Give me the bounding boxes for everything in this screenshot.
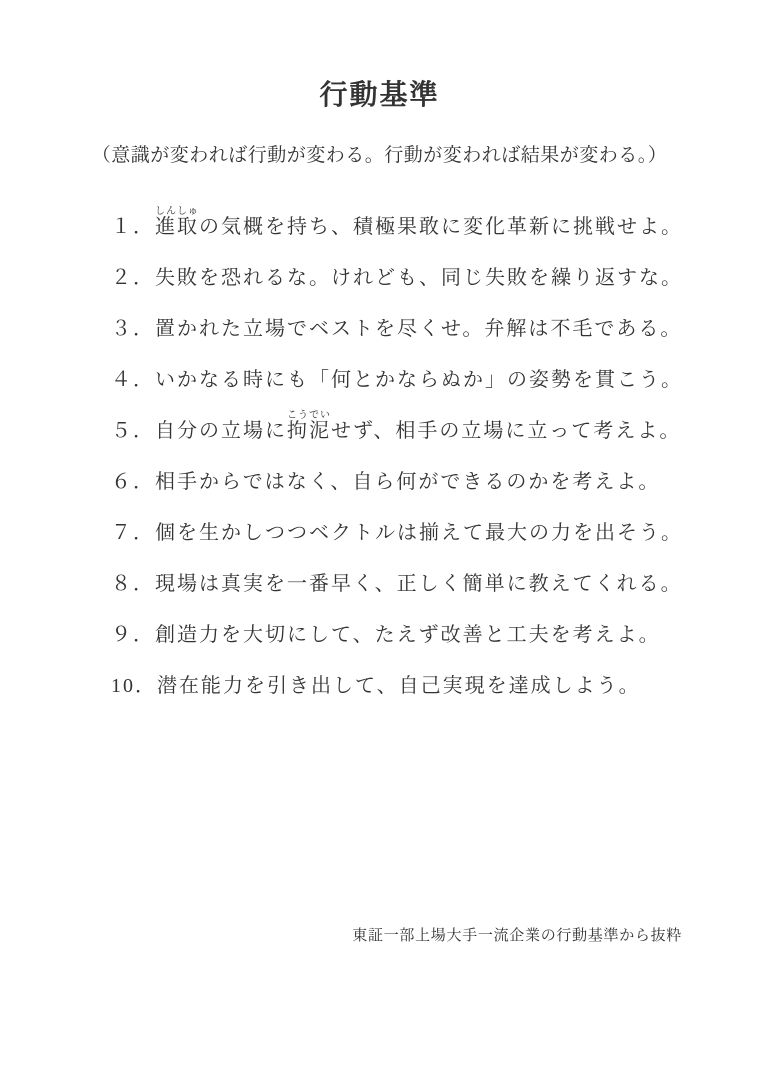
source-note: 東証一部上場大手一流企業の行動基準から抜粋 (352, 924, 682, 945)
list-item: ９．創造力を大切にして、たえず改善と工夫を考えよ。 (111, 598, 739, 649)
item-number: １． (111, 215, 155, 239)
list-item: ３．置かれた立場でベストを尽くせ。弁解は不毛である。 (111, 292, 739, 343)
item-number: ８． (111, 572, 155, 596)
list-item: １．進取しんしゅの気概を持ち、積極果敢に変化革新に挑戦せよ。 (111, 190, 739, 241)
furigana-term: 拘泥こうでい (287, 420, 331, 442)
item-number: ７． (111, 521, 155, 545)
item-text: いかなる時にも「何とかならぬか」の姿勢を貫こう。 (155, 368, 683, 392)
item-text: 創造力を大切にして、たえず改善と工夫を考えよ。 (155, 623, 661, 647)
item-number: ５． (111, 419, 155, 443)
item-number: ９． (111, 623, 155, 647)
item-text: 個を生かしつつベクトルは揃えて最大の力を出そう。 (155, 521, 683, 545)
list-item: ６．相手からではなく、自ら何ができるのかを考えよ。 (111, 445, 739, 496)
item-text: 現場は真実を一番早く、正しく簡単に教えてくれる。 (155, 572, 683, 596)
rules-list: １．進取しんしゅの気概を持ち、積極果敢に変化革新に挑戦せよ。２．失敗を恐れるな。… (111, 190, 739, 700)
document-page: 行動基準 （意識が変われば行動が変わる。行動が変われば結果が変わる。） １．進取… (0, 0, 759, 1074)
item-text: 失敗を恐れるな。けれども、同じ失敗を繰り返すな。 (155, 266, 683, 290)
list-item: ８．現場は真実を一番早く、正しく簡単に教えてくれる。 (111, 547, 739, 598)
list-item: 10．潜在能力を引き出して、自己実現を達成しよう。 (111, 649, 739, 700)
item-number: ２． (111, 266, 155, 290)
page-title: 行動基準 (0, 79, 759, 113)
furigana-term: 進取しんしゅ (155, 216, 199, 238)
item-text: 自分の立場に拘泥こうでいせず、相手の立場に立って考えよ。 (155, 410, 681, 443)
item-text: 相手からではなく、自ら何ができるのかを考えよ。 (155, 470, 660, 494)
page-subtitle: （意識が変われば行動が変わる。行動が変われば結果が変わる。） (0, 143, 759, 170)
item-text: 潜在能力を引き出して、自己実現を達成しよう。 (157, 674, 641, 698)
item-text: 進取しんしゅの気概を持ち、積極果敢に変化革新に挑戦せよ。 (155, 206, 683, 239)
item-number: ４． (111, 368, 155, 392)
item-number: ６． (111, 470, 155, 494)
list-item: ４．いかなる時にも「何とかならぬか」の姿勢を貫こう。 (111, 343, 739, 394)
item-number: ３． (111, 317, 155, 341)
list-item: ５．自分の立場に拘泥こうでいせず、相手の立場に立って考えよ。 (111, 394, 739, 445)
list-item: ２．失敗を恐れるな。けれども、同じ失敗を繰り返すな。 (111, 241, 739, 292)
item-number: 10． (111, 674, 157, 698)
list-item: ７．個を生かしつつベクトルは揃えて最大の力を出そう。 (111, 496, 739, 547)
item-text: 置かれた立場でベストを尽くせ。弁解は不毛である。 (155, 317, 682, 341)
